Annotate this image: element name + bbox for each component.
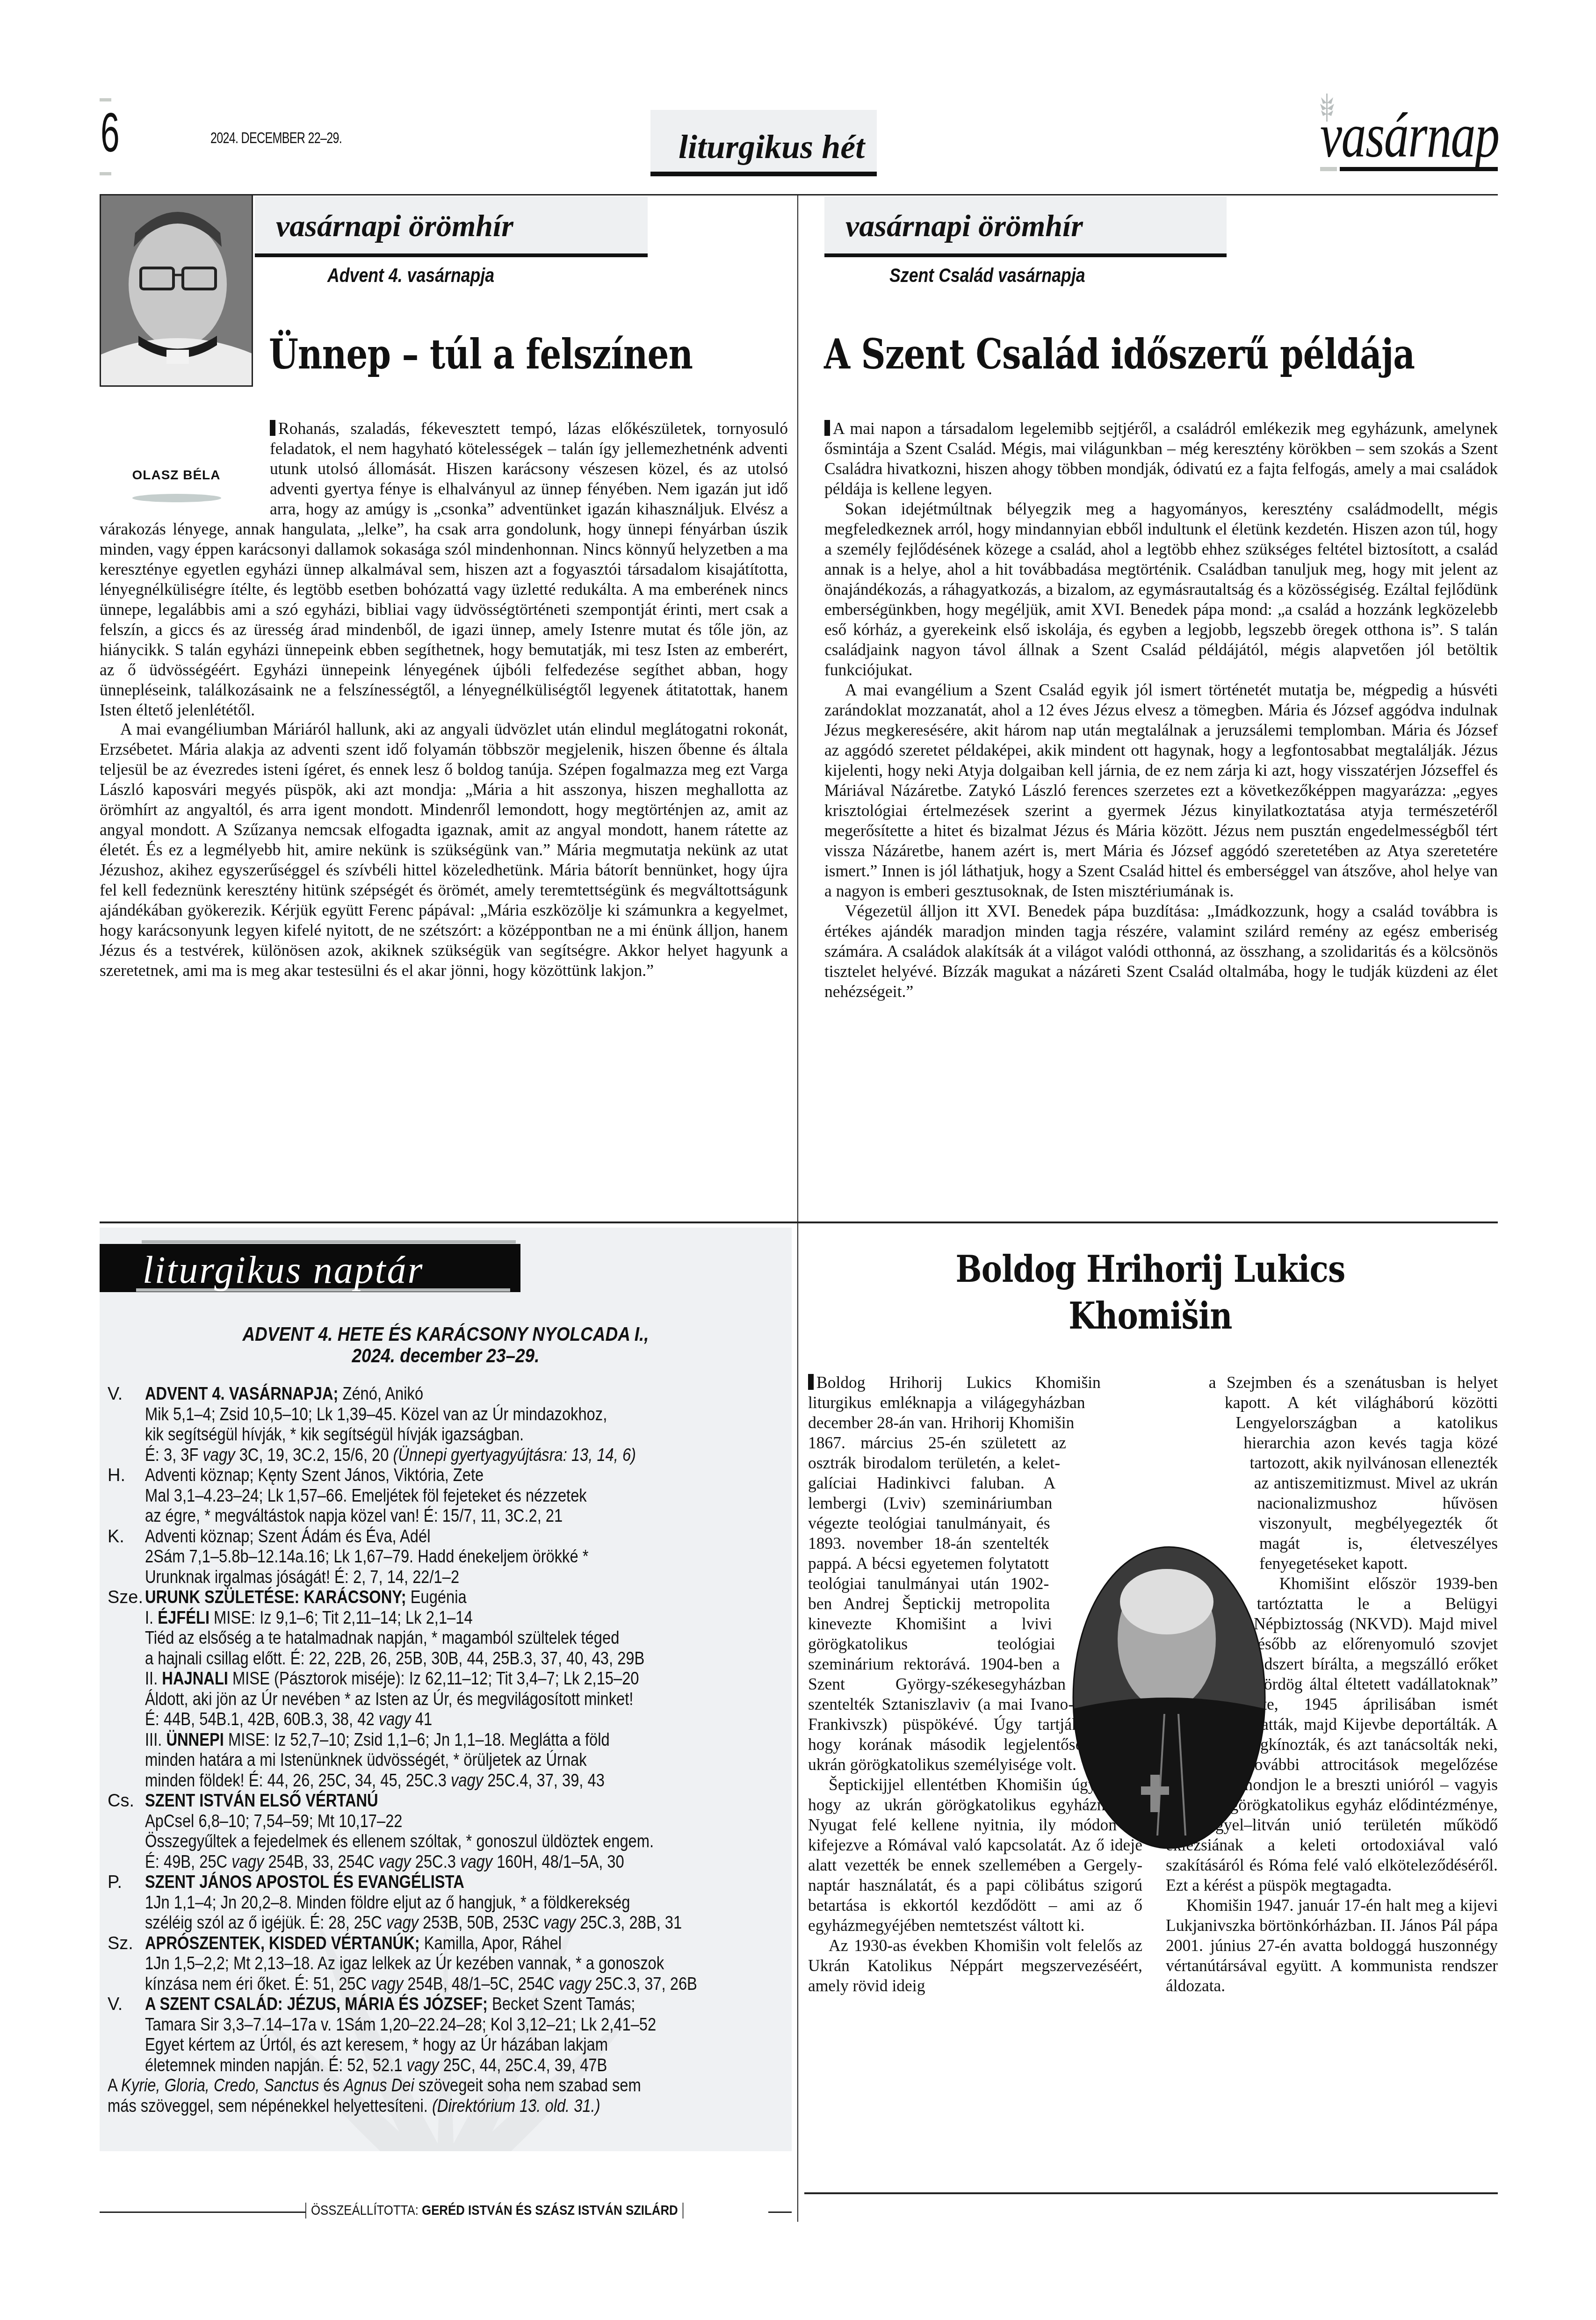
- calendar-day: H.: [108, 1466, 145, 1527]
- calendar-entry: H.Adventi köznap; Kęnty Szent János, Vik…: [108, 1466, 790, 1527]
- calendar-entry: K.Adventi köznap; Szent Ádám és Éva, Adé…: [108, 1527, 790, 1588]
- top-rule: [100, 194, 1498, 195]
- calendar-entry: Sze.URUNK SZÜLETÉSE: KARÁCSONY; EugéniaI…: [108, 1588, 790, 1791]
- logo-rule-accent: [1320, 167, 1337, 171]
- credit-rule-right: [768, 2212, 792, 2213]
- calendar-note: A Kyrie, Gloria, Credo, Sanctus és Agnus…: [108, 2076, 695, 2096]
- calendar-line: minden határa a mi Istenünknek üdvösségé…: [145, 1750, 700, 1771]
- issue-date: 2024. DECEMBER 22–29.: [210, 129, 342, 147]
- headline: A Szent Család időszerű példája: [824, 330, 1415, 378]
- calendar-line: III. ÜNNEPI MISE: Iz 52,7–10; Zsid 1,1–6…: [145, 1730, 700, 1751]
- calendar-day: K.: [108, 1527, 145, 1588]
- calendar-line: SZENT ISTVÁN ELSŐ VÉRTANÚ: [145, 1791, 700, 1812]
- kicker-box: vasárnapi örömhír: [824, 196, 1227, 257]
- calendar-line: kínzása nem éri őket. É: 51, 25C vagy 25…: [145, 1974, 700, 1995]
- credit-label: ÖSSZEÁLLÍTOTTA:: [311, 2203, 419, 2218]
- calendar-line: SZENT JÁNOS APOSTOL ÉS EVANGÉLISTA: [145, 1872, 700, 1893]
- calendar-day: Sze.: [108, 1588, 145, 1791]
- calendar-heading-line: ADVENT 4. HETE ÉS KARÁCSONY NYOLCADA I.,: [148, 1323, 744, 1345]
- calendar-line: széléig szól az ő igéjük. É: 28, 25C vag…: [145, 1913, 700, 1934]
- section-tab: liturgikus hét: [650, 110, 877, 176]
- calendar-heading: ADVENT 4. HETE ÉS KARÁCSONY NYOLCADA I.,…: [148, 1323, 744, 1366]
- calendar-line: a hajnali csillag előtt. É: 22, 22B, 26,…: [145, 1649, 700, 1670]
- calendar-title: liturgikus naptár: [143, 1248, 424, 1292]
- paragraph: Sokan idejétmúltnak bélyegzik meg a hagy…: [824, 499, 1498, 680]
- lead-marker: [824, 420, 830, 436]
- headline-line: Boldog Hrihorij Lukics: [856, 1246, 1444, 1293]
- calendar-line: minden földek! É: 44, 26, 25C, 34, 45, 2…: [145, 1771, 700, 1792]
- calendar-line: APRÓSZENTEK, KISDED VÉRTANÚK; Kamilla, A…: [145, 1934, 700, 1954]
- calendar-line: kik segítségül hívják, * kik segítségül …: [145, 1425, 700, 1445]
- calendar-line: 2Sám 7,1–5.8b–12.14a.16; Lk 1,67–79. Had…: [145, 1547, 700, 1568]
- calendar-line: I. ÉJFÉLI MISE: Iz 9,1–6; Tit 2,11–14; L…: [145, 1608, 700, 1629]
- calendar-line: Adventi köznap; Kęnty Szent János, Viktó…: [145, 1466, 700, 1486]
- calendar-line: II. HAJNALI MISE (Pásztorok miséje): Iz …: [145, 1669, 700, 1690]
- calendar-line: 1Jn 1,5–2,2; Mt 2,13–18. Az igaz lelkek …: [145, 1954, 700, 1974]
- calendar-line: Mal 3,1–4.23–24; Lk 1,57–66. Emeljétek f…: [145, 1486, 700, 1507]
- calendar-day: V.: [108, 1995, 145, 2076]
- calendar-line: É: 44B, 54B.1, 42B, 60B.3, 38, 42 vagy 4…: [145, 1710, 700, 1730]
- calendar-line: ApCsel 6,8–10; 7,54–59; Mt 10,17–22: [145, 1812, 700, 1832]
- calendar-line: É: 3, 3F vagy 3C, 19, 3C.2, 15/6, 20 (Ün…: [145, 1445, 700, 1466]
- lead-marker: [808, 1374, 814, 1390]
- credit-names: GERÉD ISTVÁN ÉS SZÁSZ ISTVÁN SZILÁRD: [422, 2203, 678, 2218]
- calendar-line: Egyet kértem az Úrtól, és azt keresem, *…: [145, 2035, 700, 2056]
- calendar-line: Adventi köznap; Szent Ádám és Éva, Adél: [145, 1527, 700, 1547]
- calendar-readings: URUNK SZÜLETÉSE: KARÁCSONY; EugéniaI. ÉJ…: [145, 1588, 700, 1791]
- calendar-readings: SZENT ISTVÁN ELSŐ VÉRTANÚApCsel 6,8–10; …: [145, 1791, 700, 1872]
- paragraph: Khomišin 1947. január 17-én halt meg a k…: [1166, 1895, 1498, 1996]
- newspaper-logo: vasárnap: [1320, 98, 1498, 178]
- subkicker: Szent Család vasárnapja: [889, 264, 1085, 287]
- paragraph: A mai evangéliumban Máriáról hallunk, ak…: [100, 719, 788, 981]
- calendar-line: Tiéd az elsőség a te hatalmadnak napján,…: [145, 1628, 700, 1649]
- headline: Boldog Hrihorij Lukics Khomišin: [804, 1246, 1496, 1340]
- page-number-bar-top: [100, 98, 111, 101]
- title-accent-top: [142, 1240, 516, 1243]
- calendar-day: V.: [108, 1384, 145, 1466]
- page-number-bar-bottom: [100, 172, 111, 175]
- calendar-line: életemnek minden napján. É: 52, 52.1 vag…: [145, 2056, 700, 2076]
- paragraph: A mai napon a társadalom legelemibb sejt…: [824, 419, 1498, 498]
- column-divider-top: [797, 194, 798, 1223]
- column-divider-bottom: [797, 1223, 798, 2222]
- calendar-line: 1Jn 1,1–4; Jn 20,2–8. Minden földre elju…: [145, 1893, 700, 1914]
- credit-text: ÖSSZEÁLLÍTOTTA: GERÉD ISTVÁN ÉS SZÁSZ IS…: [305, 2203, 684, 2219]
- calendar-entry: V.ADVENT 4. VASÁRNAPJA; Zénó, AnikóMik 5…: [108, 1384, 790, 1466]
- calendar-line: az égre, * megváltástok napja közel van!…: [145, 1506, 700, 1527]
- calendar-line: Tamara Sir 3,3–7.14–17a v. 1Sám 1,20–22.…: [145, 2015, 700, 2036]
- calendar-line: Áldott, aki jön az Úr nevében * az Isten…: [145, 1690, 700, 1710]
- logo-text: vasárnap: [1320, 103, 1499, 168]
- calendar-day: P.: [108, 1872, 145, 1934]
- author-photo: [100, 194, 253, 387]
- calendar-line: Összegyűltek a fejedelmek és ellenem szó…: [145, 1832, 700, 1852]
- author-photo-spacer: [100, 419, 270, 507]
- headline: Ünnep – túl a felszínen: [269, 330, 693, 378]
- liturgical-calendar: liturgikus naptár ADVENT 4. HETE ÉS KARÁ…: [100, 1228, 792, 2151]
- page-number-block: 6: [100, 98, 111, 175]
- calendar-readings: Adventi köznap; Szent Ádám és Éva, Adél2…: [145, 1527, 700, 1588]
- article-body: Rohanás, szaladás, fékevesztett tempó, l…: [100, 419, 788, 1214]
- calendar-entry: Sz.APRÓSZENTEK, KISDED VÉRTANÚK; Kamilla…: [108, 1934, 790, 1995]
- calendar-entries: V.ADVENT 4. VASÁRNAPJA; Zénó, AnikóMik 5…: [108, 1384, 790, 2117]
- calendar-line: Mik 5,1–4; Zsid 10,5–10; Lk 1,39–45. Köz…: [145, 1405, 700, 1425]
- calendar-day: Cs.: [108, 1791, 145, 1872]
- calendar-note: más szöveggel, sem népénekkel helyettesí…: [108, 2096, 695, 2117]
- logo-rule: [1340, 167, 1498, 171]
- calendar-entry: V.A SZENT CSALÁD: JÉZUS, MÁRIA ÉS JÓZSEF…: [108, 1995, 790, 2076]
- calendar-entry: Cs.SZENT ISTVÁN ELSŐ VÉRTANÚApCsel 6,8–1…: [108, 1791, 790, 1872]
- calendar-readings: APRÓSZENTEK, KISDED VÉRTANÚK; Kamilla, A…: [145, 1934, 700, 1995]
- calendar-credit: ÖSSZEÁLLÍTOTTA: GERÉD ISTVÁN ÉS SZÁSZ IS…: [100, 2203, 792, 2221]
- author-portrait-icon: [101, 195, 253, 387]
- kicker: vasárnapi örömhír: [845, 209, 1083, 244]
- bishop-photo: [1071, 1546, 1267, 1850]
- paragraph: A mai evangélium a Szent Család egyik jó…: [824, 680, 1498, 901]
- kicker: vasárnapi örömhír: [276, 209, 513, 244]
- paragraph: Végezetül álljon itt XVI. Benedek pápa b…: [824, 901, 1498, 1002]
- masthead: 6 2024. DECEMBER 22–29. liturgikus hét v…: [100, 98, 1498, 192]
- article-body: A mai napon a társadalom legelemibb sejt…: [824, 419, 1498, 1002]
- paragraph: Az 1930-as években Khomišin volt felelős…: [808, 1936, 1142, 1996]
- calendar-heading-dates: 2024. december 23–29.: [148, 1345, 744, 1366]
- calendar-readings: Adventi köznap; Kęnty Szent János, Viktó…: [145, 1466, 700, 1527]
- calendar-readings: A SZENT CSALÁD: JÉZUS, MÁRIA ÉS JÓZSEF; …: [145, 1995, 700, 2076]
- calendar-line: É: 49B, 25C vagy 254B, 33, 254C vagy 25C…: [145, 1852, 700, 1873]
- calendar-readings: SZENT JÁNOS APOSTOL ÉS EVANGÉLISTA1Jn 1,…: [145, 1872, 700, 1934]
- credit-rule-left: [100, 2212, 305, 2213]
- middle-rule: [100, 1221, 1498, 1223]
- bottom-rule: [804, 2192, 1498, 2194]
- section-title: liturgikus hét: [679, 128, 865, 166]
- calendar-line: A SZENT CSALÁD: JÉZUS, MÁRIA ÉS JÓZSEF; …: [145, 1995, 700, 2015]
- lead-marker: [270, 420, 275, 436]
- headline-line: Khomišin: [856, 1293, 1444, 1340]
- subkicker: Advent 4. vasárnapja: [327, 264, 494, 287]
- calendar-readings: ADVENT 4. VASÁRNAPJA; Zénó, AnikóMik 5,1…: [145, 1384, 700, 1466]
- calendar-line: URUNK SZÜLETÉSE: KARÁCSONY; Eugénia: [145, 1588, 700, 1608]
- calendar-line: ADVENT 4. VASÁRNAPJA; Zénó, Anikó: [145, 1384, 700, 1405]
- page-number: 6: [101, 109, 120, 156]
- kicker-box: vasárnapi örömhír: [255, 196, 648, 257]
- calendar-entry: P.SZENT JÁNOS APOSTOL ÉS EVANGÉLISTA1Jn …: [108, 1872, 790, 1934]
- calendar-day: Sz.: [108, 1934, 145, 1995]
- calendar-line: Urunknak irgalmas jóságát! É: 2, 7, 14, …: [145, 1568, 700, 1588]
